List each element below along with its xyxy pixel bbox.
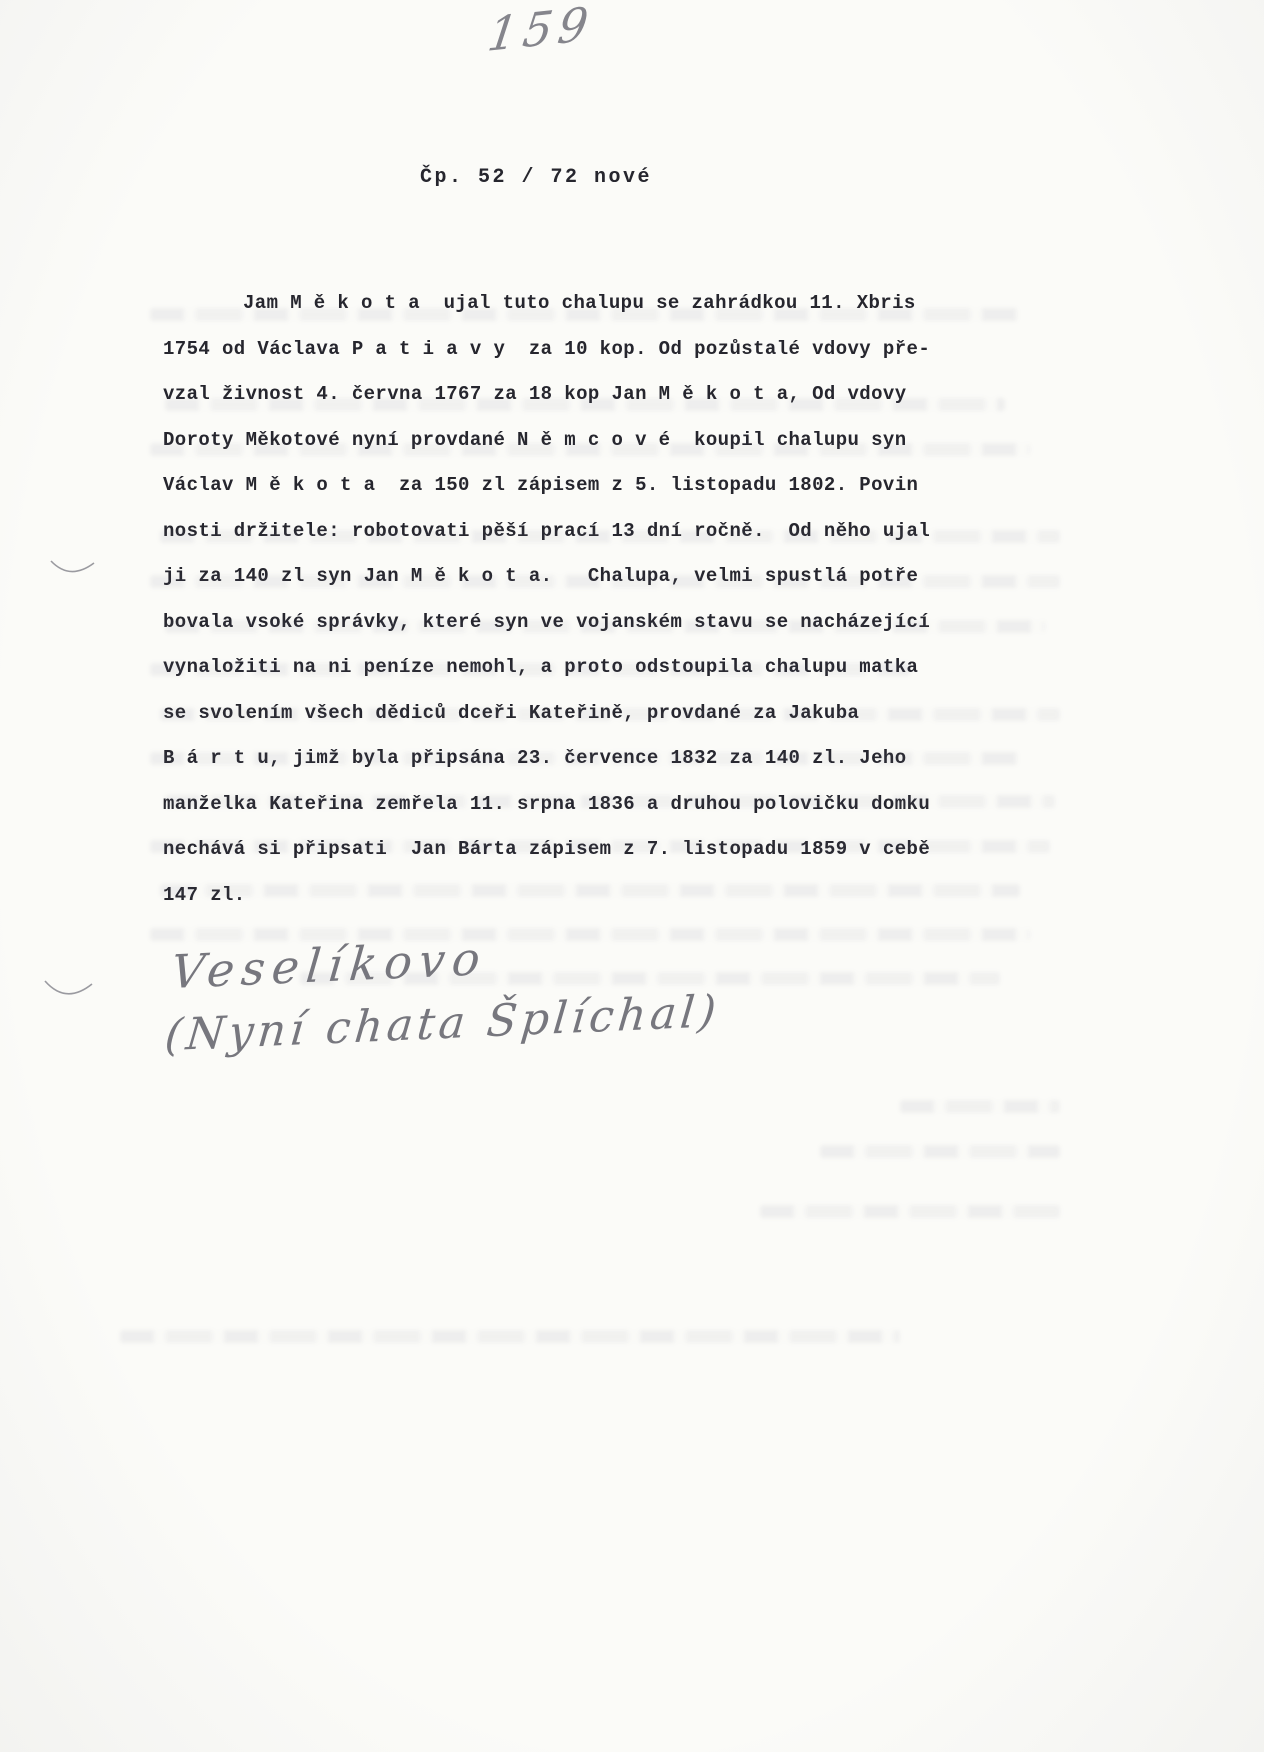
record-paragraph: Jam M ě k o t a ujal tuto chalupu se zah… [163,281,1068,918]
handwritten-note: Veselíkovo (Nyní chata Šplíchal) [162,916,729,1069]
record-line: 1754 od Václava P a t i a v y za 10 kop.… [163,327,1068,373]
house-number-heading: Čp. 52 / 72 nové [420,166,652,189]
record-line: Doroty Měkotové nyní provdané N ě m c o … [163,418,1068,464]
bleedthrough-text [820,1145,1060,1158]
record-line: ji za 140 zl syn Jan M ě k o t a. Chalup… [163,554,1068,600]
margin-curve-mark-icon [42,975,96,1003]
record-line: nosti držitele: robotovati pěší prací 13… [163,509,1068,555]
record-line: vynaložiti na ni peníze nemohl, a proto … [163,645,1068,691]
bleedthrough-text [760,1205,1060,1218]
record-line: B á r t u, jimž byla připsána 23. červen… [163,736,1068,782]
record-line: Václav M ě k o t a za 150 zl zápisem z 5… [163,463,1068,509]
record-line: se svolením všech dědiců dceři Kateřině,… [163,691,1068,737]
record-line: 147 zl. [163,873,1068,919]
record-line: bovala vsoké správky, které syn ve vojan… [163,600,1068,646]
margin-curve-mark-icon [48,555,98,581]
record-line: manželka Kateřina zemřela 11. srpna 1836… [163,782,1068,828]
scanned-document-page: 159 Čp. 52 / 72 nové Jam M ě k o t a uja… [0,0,1264,1752]
record-line: nechává si připsati Jan Bárta zápisem z … [163,827,1068,873]
record-line: vzal živnost 4. června 1767 za 18 kop Ja… [163,372,1068,418]
bleedthrough-text [900,1100,1060,1113]
record-line: Jam M ě k o t a ujal tuto chalupu se zah… [163,281,1068,327]
bleedthrough-text [120,1330,900,1343]
page-number-handwritten: 159 [484,0,597,62]
